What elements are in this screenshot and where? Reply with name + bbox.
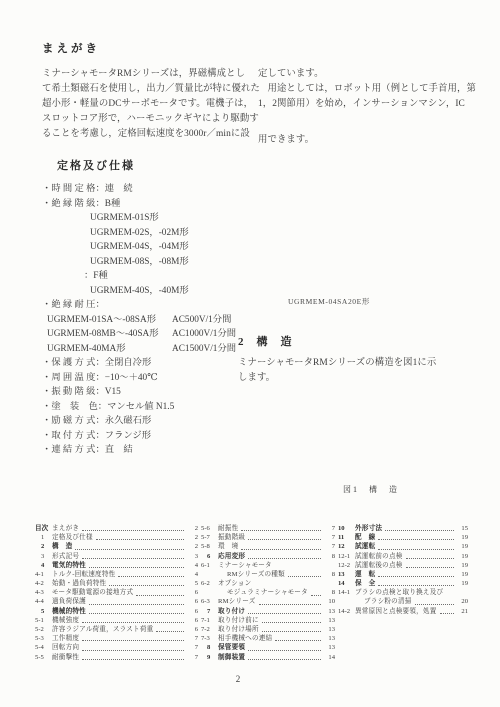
specs-heading: 定格及び仕様 [57,157,135,173]
toc-entry: 7-3 相手機械への連結 13 [201,634,335,643]
toc-entry-page: 8 [323,570,335,579]
text-line: 超小形・軽量のDCサーボモータです。電機子は， [42,97,256,112]
bullet-marker: ・ [42,402,51,412]
toc-entry-number: 4-4 [35,597,52,606]
toc-entry-title: 取り付け前に [218,616,259,625]
spec-line: UGRMEM-04S，-04M形 [42,240,262,255]
spec-text: UGRMEM-08S，-08M形 [90,257,189,267]
toc-entry-page: 19 [456,552,468,561]
text-line: します。 [238,371,458,386]
toc-entry-title: 取り付け場所 [218,625,259,634]
toc-entry-number: 8 [201,643,218,652]
toc-leader-dots [259,603,321,605]
toc-entry: 6 応用変形 8 [201,552,335,561]
spec-line: ・取 付 方 式：フランジ形 [42,429,262,444]
toc-entry: 11 配 線 19 [338,533,468,542]
toc-entry-page: 19 [456,579,468,588]
toc-entry-page: 13 [323,607,335,616]
toc-entry: 12 試運転 19 [338,542,468,551]
toc-entry-number: 7-2 [201,625,218,634]
toc-entry: 9 制御装置 14 [201,653,335,662]
toc-entry: 5-6 耐振性 7 [201,524,335,533]
table-of-contents: 目次 まえがき 2 1 定格及び仕様 2 2 構 造 2 [35,524,468,662]
toc-entry: 5-4 回転方向 7 [35,643,198,652]
toc-entry-title: 運 転 [355,570,375,579]
toc-entry-page: 10 [323,597,335,606]
spec-text: UGRMEM-01S形 [90,213,159,223]
toc-leader-dots [82,649,184,651]
toc-entry: 5-1 機械強度 6 [35,616,198,625]
toc-entry-page: 21 [456,607,468,616]
toc-entry: 6-3 RMシリーズ 10 [201,598,335,607]
spec-value: AC500V/1分間 [172,313,231,328]
spec-line: UGRMEM-08S，-08M形 [42,255,262,270]
toc-leader-dots [311,594,321,596]
toc-entry: 7-2 取り付け場所 13 [201,625,335,634]
toc-entry-title: トルク-回転速度特性 [52,570,115,579]
toc-entry-number: 目次 [35,524,52,533]
toc-entry-page: 13 [323,625,335,634]
toc-entry-page: 8 [323,588,335,597]
toc-entry-page: 3 [186,552,198,561]
bullet-marker: ・ [42,300,51,310]
toc-leader-dots [262,630,321,632]
toc-leader-dots [275,639,321,641]
toc-entry-title: モータ駆動電源の接地方式 [52,588,133,597]
toc-entry-page: 6 [186,616,198,625]
toc-entry-page: 6 [186,597,198,606]
toc-entry-page: 4 [186,561,198,570]
toc-entry: 12-1 試運転前の点検 19 [338,552,468,561]
toc-entry-number: 5-2 [35,625,52,634]
bullet-marker: ・ [42,199,51,209]
spec-text: UGRMEM-40S，-40M形 [90,286,189,296]
toc-entry-page: 7 [186,643,198,652]
toc-entry: RMシリーズの種類 8 [201,570,335,579]
toc-entry-page: 8 [323,552,335,561]
toc-entry: 4 電気的特性 4 [35,561,198,570]
toc-leader-dots [248,649,321,651]
toc-leader-dots [378,548,454,550]
toc-entry-title: RMシリーズ [218,597,256,606]
toc-entry: 6-2 オプション [201,579,335,588]
text-line: 1，2関節用）を始め，インサーションマシン，IC [258,97,464,112]
toc-entry-page: 7 [186,634,198,643]
spec-line: ・絶 縁 耐 圧： [42,298,262,313]
toc-leader-dots [241,548,321,550]
toc-entry-page: 2 [186,524,198,533]
toc-entry-number: 6-1 [201,561,218,570]
toc-entry-number: 7-1 [201,616,218,625]
toc-entry: 4-1 トルク-回転速度特性 4 [35,570,198,579]
spec-text: 励 磁 方 式：永久磁石形 [51,416,151,426]
toc-entry: 5-2 許容ラジアル荷重，スラスト荷重 6 [35,625,198,634]
spec-line: ・塗 装 色：マンセル値 N1.5 [42,400,262,415]
spec-text: 振 動 階 級：V15 [51,387,120,397]
motor-photo-caption: UGRMEM-04SA20E形 [288,296,370,307]
bullet-marker: ・ [42,416,51,426]
toc-entry: 12-2 試運転後の点検 19 [338,561,468,570]
toc-entry-title: 構 造 [52,542,72,551]
toc-leader-dots [136,594,184,596]
spec-line: ・周 囲 温 度：−10〜＋40℃ [42,371,262,386]
toc-leader-dots [156,630,184,632]
specs-list: ・時 間 定 格：連 続 ・絶 縁 階 級：B種 UGRMEM-01S形 UGR… [42,182,262,458]
toc-entry-title: 機械的特性 [52,607,86,616]
toc-entry: 4-4 過負荷保護 6 [35,598,198,607]
toc-entry: 8 保管要領 13 [201,643,335,652]
toc-entry-page: 6 [186,588,198,597]
toc-leader-dots [385,529,454,531]
toc-entry-number: 14 [338,579,355,588]
spec-value: AC1500V/1分間 [172,342,236,357]
toc-leader-dots [378,538,454,540]
toc-entry-title: まえがき [52,524,79,533]
bullet-marker: ・ [42,445,51,455]
preface-heading: まえがき [42,40,100,56]
spec-text: 保 護 方 式：全閉自冷形 [51,358,151,368]
toc-column-1: 目次 まえがき 2 1 定格及び仕様 2 2 構 造 2 [35,524,198,662]
toc-entry-page: 13 [323,643,335,652]
text-line: スロットコア形で，ハーモニックギヤにより駆動す [42,112,256,127]
spec-value: AC1000V/1分間 [172,327,236,342]
spec-text: 時 間 定 格：連 続 [51,184,132,194]
toc-entry-page: 6 [186,607,198,616]
spec-line: UGRMEM-40MA形 AC1500V/1分間 [42,342,262,357]
toc-entry-number: 11 [338,533,355,542]
toc-entry-title: 試運転 [355,542,375,551]
toc-entry-title: 回転方向 [52,643,79,652]
toc-leader-dots [248,658,321,660]
toc-entry: 5-5 耐衝撃性 7 [35,653,198,662]
toc-entry-title: ブラシの点検と取り換え及び [355,588,443,597]
preface-paragraph-left: ミナーシャモータRMシリーズは，界磁構成とし て希土類磁石を使用し，出力／質量比… [42,67,256,142]
toc-entry-number: 5 [35,607,52,616]
toc-entry-title: 機械強度 [52,616,79,625]
toc-entry-title: 振動階級 [218,533,245,542]
text-line: ミナーシャモータRMシリーズは，界磁構成とし [42,67,256,82]
toc-entry-number: 5-3 [35,634,52,643]
toc-entry-page: 7 [323,542,335,551]
toc-entry: 5-7 振動階級 7 [201,533,335,542]
toc-entry: 5-8 環 境 7 [201,542,335,551]
toc-entry: ブラシ粉の清掃 20 [338,598,468,607]
toc-entry-number: 5-6 [201,524,218,533]
bullet-marker: ・ [42,184,51,194]
toc-entry-number: 7-3 [201,634,218,643]
toc-leader-dots [262,621,321,623]
toc-entry: 10 外形寸法 15 [338,524,468,533]
toc-entry-page: 2 [186,533,198,542]
spec-text: 絶 縁 耐 圧： [51,300,104,310]
spec-line: UGRMEM-02S，-02M形 [42,226,262,241]
toc-entry-title: 許容ラジアル荷重，スラスト荷重 [52,625,153,634]
toc-entry-number: 14-2 [338,607,355,616]
toc-entry-page: 19 [456,533,468,542]
spec-text: 絶 縁 階 級：B種 [51,199,120,209]
toc-leader-dots [82,658,184,660]
toc-entry-number: 12-2 [338,561,355,570]
toc-leader-dots [415,603,454,605]
toc-entry-page: 2 [186,542,198,551]
text-line [258,112,464,133]
toc-leader-dots [109,584,184,586]
toc-entry-number: 4-3 [35,588,52,597]
toc-entry-number: 6-3 [201,597,218,606]
toc-leader-dots [82,557,184,559]
toc-entry-page: 5 [186,579,198,588]
toc-leader-dots [241,529,321,531]
bullet-marker: ・ [42,431,51,441]
toc-entry-page: 15 [456,524,468,533]
toc-entry: 13 運 転 19 [338,570,468,579]
spec-line: UGRMEM-08MB〜-40SA形 AC1000V/1分間 [42,327,262,342]
toc-entry-number: 5-5 [35,653,52,662]
toc-entry-number: 2 [35,542,52,551]
toc-leader-dots [254,585,321,586]
toc-entry-title: 制御装置 [218,653,245,662]
toc-entry-title: 環 境 [218,542,238,551]
toc-entry: 7-1 取り付け前に 13 [201,616,335,625]
structure-heading: 2 構 造 [238,333,293,349]
toc-entry-page: 13 [323,634,335,643]
text-line: 定しています。 [258,67,464,82]
toc-leader-dots [118,575,184,577]
toc-entry-page: 14 [323,653,335,662]
spec-line: ・保 護 方 式：全閉自冷形 [42,356,262,371]
toc-entry-page: 7 [323,524,335,533]
text-line: ミナーシャモータRMシリーズの構造を図1に示 [238,356,458,371]
toc-entry-title: 配 線 [355,533,375,542]
toc-entry: 目次 まえがき 2 [35,524,198,533]
toc-entry-number: 5-7 [201,533,218,542]
toc-entry: 5 機械的特性 6 [35,607,198,616]
toc-entry-number: 4 [35,561,52,570]
toc-entry: 4-2 始動・過負荷特性 5 [35,579,198,588]
spec-text: UGRMEM-08MB〜-40SA形 [47,329,159,339]
toc-entry-number: 14-1 [338,588,355,597]
toc-entry-number: 6 [201,552,218,561]
toc-leader-dots [248,612,321,614]
toc-entry-number: 13 [338,570,355,579]
toc-entry: 14 保 全 19 [338,579,468,588]
toc-leader-dots [89,566,184,568]
spec-line: UGRMEM-01SA〜-08SA形 AC500V/1分間 [42,313,262,328]
toc-leader-dots [406,566,454,568]
toc-entry-number: 10 [338,524,355,533]
toc-entry: 4-3 モータ駆動電源の接地方式 6 [35,588,198,597]
toc-entry-page: 19 [456,542,468,551]
toc-entry: 14-1 ブラシの点検と取り換え及び [338,588,468,597]
toc-entry-title: 電気的特性 [52,561,86,570]
spec-line: ・絶 縁 階 級：B種 [42,197,262,212]
toc-entry-title: RMシリーズの種類 [218,570,285,579]
spec-text: 周 囲 温 度：−10〜＋40℃ [51,373,157,383]
toc-entry: 14-2 異常原因と点検要領，処置 21 [338,607,468,616]
toc-entry-title: オプション [218,579,251,588]
spec-text: 連 結 方 式：直 結 [51,445,132,455]
toc-entry-number: 7 [201,607,218,616]
toc-entry-number: 12-1 [338,552,355,561]
text-line: て希土類磁石を使用し，出力／質量比が特に優れた [42,82,256,97]
toc-entry-title: 保管要領 [218,643,245,652]
toc-leader-dots [82,639,184,641]
toc-column-2: 5-6 耐振性 7 5-7 振動階級 7 5-8 環 境 7 [201,524,335,662]
toc-entry-title: ブラシ粉の清掃 [355,597,412,606]
toc-entry: 3 形式記号 3 [35,552,198,561]
spec-line: ・振 動 階 級：V15 [42,385,262,400]
page-number: 2 [0,674,476,684]
toc-leader-dots [248,557,321,559]
toc-entry-title: 始動・過負荷特性 [52,579,106,588]
bullet-marker: ・ [42,387,51,397]
toc-leader-dots [275,567,321,568]
toc-leader-dots [378,584,454,586]
toc-entry-number: 9 [201,653,218,662]
toc-entry-title: 異常原因と点検要領，処置 [355,607,437,616]
text-line: ることを考慮し，定格回転速度を3000r／minに設 [42,127,256,142]
toc-entry-title: 応用変形 [218,552,245,561]
toc-entry-number: 5-1 [35,616,52,625]
toc-leader-dots [82,621,184,623]
spec-text: 塗 装 色：マンセル値 N1.5 [51,402,174,412]
toc-leader-dots [89,612,184,614]
toc-entry: モジュラミナーシャモータ 8 [201,588,335,597]
spec-text: UGRMEM-02S，-02M形 [90,228,189,238]
toc-entry-number: 4-1 [35,570,52,579]
toc-entry-page: 6 [186,625,198,634]
toc-leader-dots [406,557,454,559]
toc-entry: 7 取り付け 13 [201,607,335,616]
toc-entry-page: 13 [323,616,335,625]
toc-entry-title: 外形寸法 [355,524,382,533]
toc-entry-title: 耐振性 [218,524,238,533]
toc-entry-page: 4 [186,570,198,579]
spec-line: ・連 結 方 式：直 結 [42,443,262,458]
spec-line: UGRMEM-40S，-40M形 [42,284,262,299]
spec-text: ：F種 [84,271,108,281]
bullet-marker: ・ [42,373,51,383]
text-line: 用できます。 [258,133,464,148]
spec-line: UGRMEM-01S形 [42,211,262,226]
toc-entry-title: ミナーシャモータ [218,561,272,570]
toc-entry-page: 20 [456,597,468,606]
toc-entry-page: 19 [456,561,468,570]
toc-entry-number: 3 [35,552,52,561]
toc-entry-title: 工作精度 [52,634,79,643]
spec-line: ・励 磁 方 式：永久磁石形 [42,414,262,429]
toc-leader-dots [89,603,184,605]
toc-entry-title: 試運転後の点検 [355,561,403,570]
toc-entry: 2 構 造 2 [35,542,198,551]
bullet-marker: ・ [42,358,51,368]
toc-entry-title: 定格及び仕様 [52,533,93,542]
toc-leader-dots [96,538,184,540]
toc-entry-title: 試運転前の点検 [355,552,403,561]
document-page: まえがき ミナーシャモータRMシリーズは，界磁構成とし て希土類磁石を使用し，出… [0,0,500,707]
toc-entry-title: モジュラミナーシャモータ [218,588,308,597]
toc-entry-page: 7 [186,653,198,662]
toc-entry-number: 5-4 [35,643,52,652]
toc-entry-title: 耐衝撃性 [52,653,79,662]
toc-entry-title: 取り付け [218,607,245,616]
spec-text: UGRMEM-40MA形 [47,344,126,354]
toc-entry-number: 5-8 [201,542,218,551]
toc-leader-dots [378,575,454,577]
spec-text: UGRMEM-01SA〜-08SA形 [47,315,156,325]
toc-entry-title: 保 全 [355,579,375,588]
spec-text: 取 付 方 式：フランジ形 [51,431,151,441]
spec-text: UGRMEM-04S，-04M形 [90,242,189,252]
toc-entry-page: 7 [323,533,335,542]
toc-column-3: 10 外形寸法 15 11 配 線 19 12 試運転 19 [338,524,468,662]
toc-leader-dots [446,595,454,596]
toc-entry-title: 相手機械への連結 [218,634,272,643]
figure1-caption: 図1 構 造 [343,484,399,495]
toc-leader-dots [248,538,321,540]
toc-entry: 1 定格及び仕様 2 [35,533,198,542]
toc-entry-page: 19 [456,570,468,579]
text-line: 用途としては，ロボット用（例として手首用，第 [258,82,464,97]
preface-paragraph-right: 定しています。 用途としては，ロボット用（例として手首用，第 1，2関節用）を始… [258,67,464,148]
structure-paragraph: ミナーシャモータRMシリーズの構造を図1に示 します。 [238,356,458,386]
spec-line: ・時 間 定 格：連 続 [42,182,262,197]
toc-entry-title: 形式記号 [52,552,79,561]
toc-entry-title: 過負荷保護 [52,597,86,606]
toc-entry-number: 4-2 [35,579,52,588]
toc-entry-number: 12 [338,542,355,551]
toc-leader-dots [75,548,184,550]
toc-leader-dots [440,612,454,614]
toc-leader-dots [82,529,184,531]
toc-entry-number: 1 [35,533,52,542]
toc-entry: 6-1 ミナーシャモータ [201,561,335,570]
toc-leader-dots [288,575,321,577]
spec-line: ：F種 [42,269,262,284]
toc-entry-number: 6-2 [201,579,218,588]
toc-entry: 5-3 工作精度 7 [35,634,198,643]
